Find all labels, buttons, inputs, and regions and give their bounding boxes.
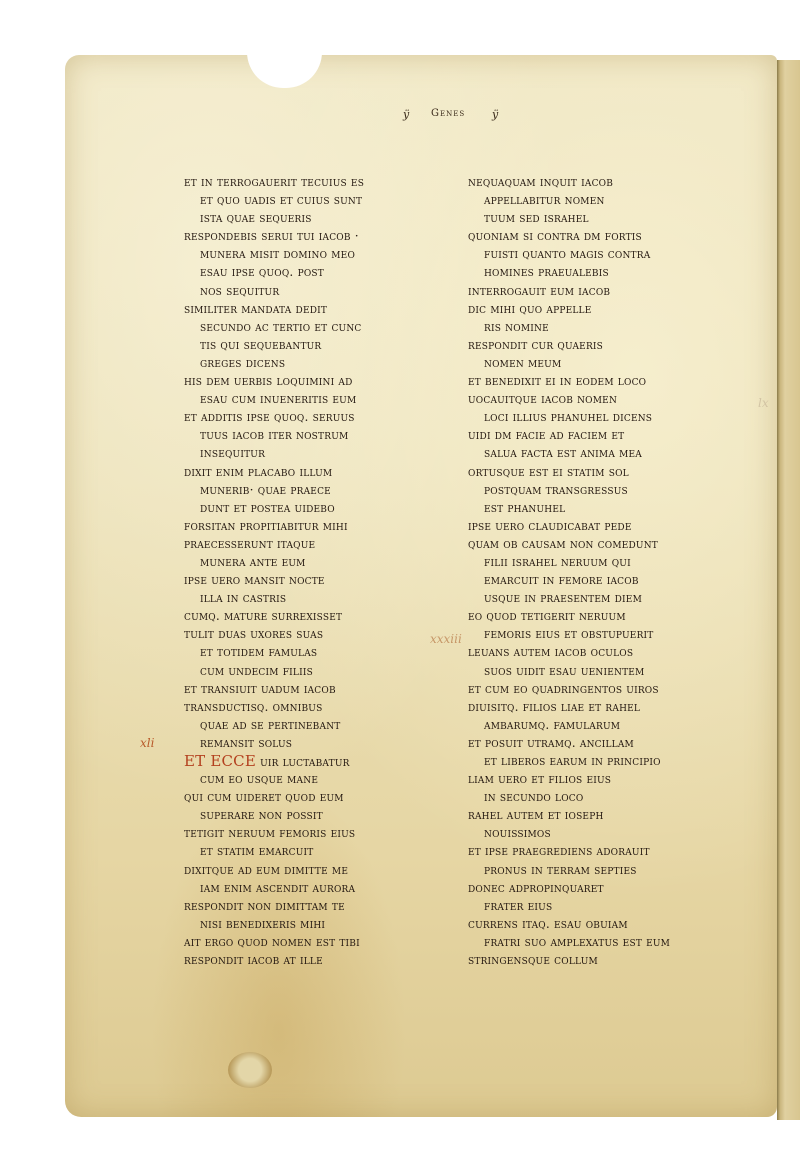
text-line: QUAM OB CAUSAM NON COMEDUNT	[468, 535, 758, 553]
line-text: FUISTI QUANTO MAGIS CONTRA	[484, 247, 650, 261]
text-line: TRANSDUCTISQ. OMNIBUS	[184, 698, 434, 716]
line-text: SALUA FACTA EST ANIMA MEA	[484, 446, 642, 460]
text-line: ORTUSQUE EST EI STATIM SOL	[468, 463, 758, 481]
text-line: HIS DEM UERBIS LOQUIMINI AD	[184, 372, 434, 390]
rubricated-initial: ET ECCE	[184, 752, 256, 770]
text-line: GREGES DICENS	[184, 354, 434, 372]
line-text: ISTA QUAE SEQUERIS	[200, 211, 312, 225]
line-text: GREGES DICENS	[200, 356, 285, 370]
text-line: TIS QUI SEQUEBANTUR	[184, 336, 434, 354]
text-line: AIT ERGO QUOD NOMEN EST TIBI	[184, 933, 434, 951]
line-text: FRATRI SUO AMPLEXATUS EST EUM	[484, 935, 670, 949]
text-line: DUNT ET POSTEA UIDEBO	[184, 499, 434, 517]
text-line: TULIT DUAS UXORES SUAS	[184, 625, 434, 643]
text-line: RESPONDIT NON DIMITTAM TE	[184, 897, 434, 915]
line-text: ET QUO UADIS ET CUIUS SUNT	[200, 193, 362, 207]
header-left-mark: ÿ	[403, 108, 409, 121]
line-text: EST PHANUHEL	[484, 501, 565, 515]
text-line: CUM EO USQUE MANE	[184, 770, 434, 788]
line-text: TETIGIT NERUUM FEMORIS EIUS	[184, 826, 355, 840]
show-through-text: lx	[758, 396, 769, 410]
line-text: RIS NOMINE	[484, 320, 549, 334]
line-text: ET TRANSIUIT UADUM IACOB	[184, 682, 336, 696]
line-text: TRANSDUCTISQ. OMNIBUS	[184, 700, 322, 714]
line-text: DUNT ET POSTEA UIDEBO	[200, 501, 335, 515]
line-text: TUUS IACOB ITER NOSTRUM	[200, 428, 348, 442]
line-text: APPELLABITUR NOMEN	[484, 193, 605, 207]
text-line: SECUNDO AC TERTIO ET CUNC	[184, 318, 434, 336]
text-line: LOCI ILLIUS PHANUHEL DICENS	[468, 408, 758, 426]
text-line: NOS SEQUITUR	[184, 282, 434, 300]
line-text: SIMILITER MANDATA DEDIT	[184, 302, 327, 316]
text-line: MUNERA MISIT DOMINO MEO	[184, 245, 434, 263]
text-line: POSTQUAM TRANSGRESSUS	[468, 481, 758, 499]
line-text: RESPONDEBIS SERUI TUI IACOB ·	[184, 229, 359, 243]
text-line: ET POSUIT UTRAMQ. ANCILLAM	[468, 734, 758, 752]
line-text: ET POSUIT UTRAMQ. ANCILLAM	[468, 736, 634, 750]
line-text: AIT ERGO QUOD NOMEN EST TIBI	[184, 935, 360, 949]
line-text: INTERROGAUIT EUM IACOB	[468, 284, 610, 298]
text-line: CUMQ. MATURE SURREXISSET	[184, 607, 434, 625]
text-line: INTERROGAUIT EUM IACOB	[468, 282, 758, 300]
header-right-mark: ÿ	[492, 108, 498, 121]
text-line: ESAU CUM INUENERITIS EUM	[184, 390, 434, 408]
text-line: STRINGENSQUE COLLUM	[468, 951, 758, 969]
text-line: EO QUOD TETIGERIT NERUUM	[468, 607, 758, 625]
line-text: DIXIT ENIM PLACABO ILLUM	[184, 465, 332, 479]
text-line: IAM ENIM ASCENDIT AURORA	[184, 879, 434, 897]
text-line: TUUM SED ISRAHEL	[468, 209, 758, 227]
line-text: UIDI DM FACIE AD FACIEM ET	[468, 428, 624, 442]
line-text: RESPONDIT IACOB AT ILLE	[184, 953, 323, 967]
text-line: QUAE AD SE PERTINEBANT	[184, 716, 434, 734]
text-line: IPSE UERO CLAUDICABAT PEDE	[468, 517, 758, 535]
line-text: CUM UNDECIM FILIIS	[200, 664, 313, 678]
line-text: SECUNDO AC TERTIO ET CUNC	[200, 320, 362, 334]
line-text: QUI CUM UIDERET QUOD EUM	[184, 790, 344, 804]
text-line: DONEC ADPROPINQUARET	[468, 879, 758, 897]
text-line: QUI CUM UIDERET QUOD EUM	[184, 788, 434, 806]
text-line: ET ECCE UIR LUCTABATUR	[184, 752, 434, 770]
line-text: IPSE UERO CLAUDICABAT PEDE	[468, 519, 632, 533]
line-text: FORSITAN PROPITIABITUR MIHI	[184, 519, 348, 533]
line-text: POSTQUAM TRANSGRESSUS	[484, 483, 628, 497]
line-text: LEUANS AUTEM IACOB OCULOS	[468, 645, 633, 659]
text-line: INSEQUITUR	[184, 444, 434, 462]
text-line: RIS NOMINE	[468, 318, 758, 336]
text-column-right: NEQUAQUAM INQUIT IACOBAPPELLABITUR NOMEN…	[468, 173, 758, 969]
text-line: SALUA FACTA EST ANIMA MEA	[468, 444, 758, 462]
line-text: DONEC ADPROPINQUARET	[468, 881, 604, 895]
text-line: IPSE UERO MANSIT NOCTE	[184, 571, 434, 589]
text-line: ET TOTIDEM FAMULAS	[184, 643, 434, 661]
text-line: USQUE IN PRAESENTEM DIEM	[468, 589, 758, 607]
line-text: SUPERARE NON POSSIT	[200, 808, 323, 822]
text-line: UIDI DM FACIE AD FACIEM ET	[468, 426, 758, 444]
text-line: LEUANS AUTEM IACOB OCULOS	[468, 643, 758, 661]
text-line: DIUISITQ. FILIOS LIAE ET RAHEL	[468, 698, 758, 716]
line-text: MUNERA MISIT DOMINO MEO	[200, 247, 355, 261]
line-text: ET CUM EO QUADRINGENTOS UIROS	[468, 682, 659, 696]
text-line: ET STATIM EMARCUIT	[184, 842, 434, 860]
text-line: ET ADDITIS IPSE QUOQ. SERUUS	[184, 408, 434, 426]
text-line: ET CUM EO QUADRINGENTOS UIROS	[468, 680, 758, 698]
line-text: TIS QUI SEQUEBANTUR	[200, 338, 321, 352]
text-line: UOCAUITQUE IACOB NOMEN	[468, 390, 758, 408]
text-line: CUM UNDECIM FILIIS	[184, 662, 434, 680]
header-title: Genes	[431, 108, 465, 119]
text-line: SUPERARE NON POSSIT	[184, 806, 434, 824]
text-line: NISI BENEDIXERIS MIHI	[184, 915, 434, 933]
text-line: SUOS UIDIT ESAU UENIENTEM	[468, 662, 758, 680]
line-text: ESAU CUM INUENERITIS EUM	[200, 392, 356, 406]
text-line: PRONUS IN TERRAM SEPTIES	[468, 861, 758, 879]
text-line: MUNERA ANTE EUM	[184, 553, 434, 571]
text-line: ET TRANSIUIT UADUM IACOB	[184, 680, 434, 698]
line-text: ORTUSQUE EST EI STATIM SOL	[468, 465, 629, 479]
line-text: MUNERIB· QUAE PRAECE	[200, 483, 331, 497]
text-line: FILII ISRAHEL NERUUM QUI	[468, 553, 758, 571]
line-text: UOCAUITQUE IACOB NOMEN	[468, 392, 617, 406]
text-line: FEMORIS EIUS ET OBSTUPUERIT	[468, 625, 758, 643]
line-text: HIS DEM UERBIS LOQUIMINI AD	[184, 374, 353, 388]
line-text: STRINGENSQUE COLLUM	[468, 953, 598, 967]
line-text: LOCI ILLIUS PHANUHEL DICENS	[484, 410, 652, 424]
line-text: NOMEN MEUM	[484, 356, 561, 370]
line-text: MUNERA ANTE EUM	[200, 555, 306, 569]
text-line: PRAECESSERUNT ITAQUE	[184, 535, 434, 553]
line-text: SUOS UIDIT ESAU UENIENTEM	[484, 664, 644, 678]
line-text: QUAE AD SE PERTINEBANT	[200, 718, 340, 732]
text-line: RESPONDIT IACOB AT ILLE	[184, 951, 434, 969]
line-text: PRAECESSERUNT ITAQUE	[184, 537, 315, 551]
text-line: NOUISSIMOS	[468, 824, 758, 842]
text-line: FORSITAN PROPITIABITUR MIHI	[184, 517, 434, 535]
text-line: RESPONDIT CUR QUAERIS	[468, 336, 758, 354]
line-text: HOMINES PRAEUALEBIS	[484, 265, 609, 279]
text-line: EMARCUIT IN FEMORE IACOB	[468, 571, 758, 589]
line-text: EMARCUIT IN FEMORE IACOB	[484, 573, 639, 587]
line-text: AMBARUMQ. FAMULARUM	[484, 718, 620, 732]
text-line: FRATRI SUO AMPLEXATUS EST EUM	[468, 933, 758, 951]
text-line: ET LIBEROS EARUM IN PRINCIPIO	[468, 752, 758, 770]
line-text: REMANSIT SOLUS	[200, 736, 292, 750]
line-text: QUONIAM SI CONTRA DM FORTIS	[468, 229, 642, 243]
margin-chapter-number: xli	[140, 736, 154, 750]
line-text: DIXITQUE AD EUM DIMITTE ME	[184, 863, 348, 877]
text-column-left: ET IN TERROGAUERIT TECUIUS ESET QUO UADI…	[184, 173, 434, 969]
text-line: ISTA QUAE SEQUERIS	[184, 209, 434, 227]
text-line: TETIGIT NERUUM FEMORIS EIUS	[184, 824, 434, 842]
text-line: ESAU IPSE QUOQ. POST	[184, 263, 434, 281]
line-text: IN SECUNDO LOCO	[484, 790, 583, 804]
text-line: NEQUAQUAM INQUIT IACOB	[468, 173, 758, 191]
line-text: IPSE UERO MANSIT NOCTE	[184, 573, 325, 587]
parchment-stain	[228, 1052, 272, 1088]
text-line: APPELLABITUR NOMEN	[468, 191, 758, 209]
line-text: RAHEL AUTEM ET IOSEPH	[468, 808, 604, 822]
line-text: ET LIBEROS EARUM IN PRINCIPIO	[484, 754, 661, 768]
line-text: QUAM OB CAUSAM NON COMEDUNT	[468, 537, 658, 551]
text-line: RESPONDEBIS SERUI TUI IACOB ·	[184, 227, 434, 245]
line-text: FRATER EIUS	[484, 899, 552, 913]
text-line: ET BENEDIXIT EI IN EODEM LOCO	[468, 372, 758, 390]
text-line: DIXIT ENIM PLACABO ILLUM	[184, 463, 434, 481]
text-line: EST PHANUHEL	[468, 499, 758, 517]
text-line: ET IPSE PRAEGREDIENS ADORAUIT	[468, 842, 758, 860]
line-text: TULIT DUAS UXORES SUAS	[184, 627, 323, 641]
line-text: ET IPSE PRAEGREDIENS ADORAUIT	[468, 844, 650, 858]
line-text: NISI BENEDIXERIS MIHI	[200, 917, 325, 931]
margin-chapter-number: xxxiii	[430, 632, 462, 646]
line-text: FILII ISRAHEL NERUUM QUI	[484, 555, 631, 569]
line-text: UIR LUCTABATUR	[260, 755, 350, 769]
text-line: DIXITQUE AD EUM DIMITTE ME	[184, 861, 434, 879]
text-line: TUUS IACOB ITER NOSTRUM	[184, 426, 434, 444]
text-line: MUNERIB· QUAE PRAECE	[184, 481, 434, 499]
text-line: AMBARUMQ. FAMULARUM	[468, 716, 758, 734]
line-text: NOUISSIMOS	[484, 826, 551, 840]
text-line: IN SECUNDO LOCO	[468, 788, 758, 806]
text-line: ET QUO UADIS ET CUIUS SUNT	[184, 191, 434, 209]
text-line: QUONIAM SI CONTRA DM FORTIS	[468, 227, 758, 245]
line-text: CUM EO USQUE MANE	[200, 772, 318, 786]
text-line: FUISTI QUANTO MAGIS CONTRA	[468, 245, 758, 263]
line-text: ET IN TERROGAUERIT TECUIUS ES	[184, 175, 364, 189]
line-text: ESAU IPSE QUOQ. POST	[200, 265, 324, 279]
line-text: ET TOTIDEM FAMULAS	[200, 645, 317, 659]
line-text: ET STATIM EMARCUIT	[200, 844, 313, 858]
line-text: INSEQUITUR	[200, 446, 265, 460]
text-line: ET IN TERROGAUERIT TECUIUS ES	[184, 173, 434, 191]
line-text: DIC MIHI QUO APPELLE	[468, 302, 592, 316]
text-line: REMANSIT SOLUS	[184, 734, 434, 752]
text-line: DIC MIHI QUO APPELLE	[468, 300, 758, 318]
line-text: ILLA IN CASTRIS	[200, 591, 286, 605]
line-text: ET BENEDIXIT EI IN EODEM LOCO	[468, 374, 646, 388]
line-text: IAM ENIM ASCENDIT AURORA	[200, 881, 355, 895]
text-line: LIAM UERO ET FILIOS EIUS	[468, 770, 758, 788]
running-header: ÿ Genes ÿ	[0, 106, 800, 126]
text-line: NOMEN MEUM	[468, 354, 758, 372]
line-text: EO QUOD TETIGERIT NERUUM	[468, 609, 626, 623]
line-text: NOS SEQUITUR	[200, 284, 279, 298]
line-text: NEQUAQUAM INQUIT IACOB	[468, 175, 613, 189]
line-text: TUUM SED ISRAHEL	[484, 211, 589, 225]
line-text: LIAM UERO ET FILIOS EIUS	[468, 772, 611, 786]
adjacent-page-edge	[777, 60, 800, 1120]
line-text: FEMORIS EIUS ET OBSTUPUERIT	[484, 627, 654, 641]
line-text: CURRENS ITAQ. ESAU OBUIAM	[468, 917, 628, 931]
text-line: SIMILITER MANDATA DEDIT	[184, 300, 434, 318]
line-text: DIUISITQ. FILIOS LIAE ET RAHEL	[468, 700, 640, 714]
text-line: ILLA IN CASTRIS	[184, 589, 434, 607]
line-text: RESPONDIT CUR QUAERIS	[468, 338, 603, 352]
line-text: PRONUS IN TERRAM SEPTIES	[484, 863, 637, 877]
line-text: USQUE IN PRAESENTEM DIEM	[484, 591, 642, 605]
text-line: RAHEL AUTEM ET IOSEPH	[468, 806, 758, 824]
text-line: HOMINES PRAEUALEBIS	[468, 263, 758, 281]
line-text: CUMQ. MATURE SURREXISSET	[184, 609, 342, 623]
line-text: RESPONDIT NON DIMITTAM TE	[184, 899, 345, 913]
line-text: ET ADDITIS IPSE QUOQ. SERUUS	[184, 410, 355, 424]
text-line: CURRENS ITAQ. ESAU OBUIAM	[468, 915, 758, 933]
text-line: FRATER EIUS	[468, 897, 758, 915]
